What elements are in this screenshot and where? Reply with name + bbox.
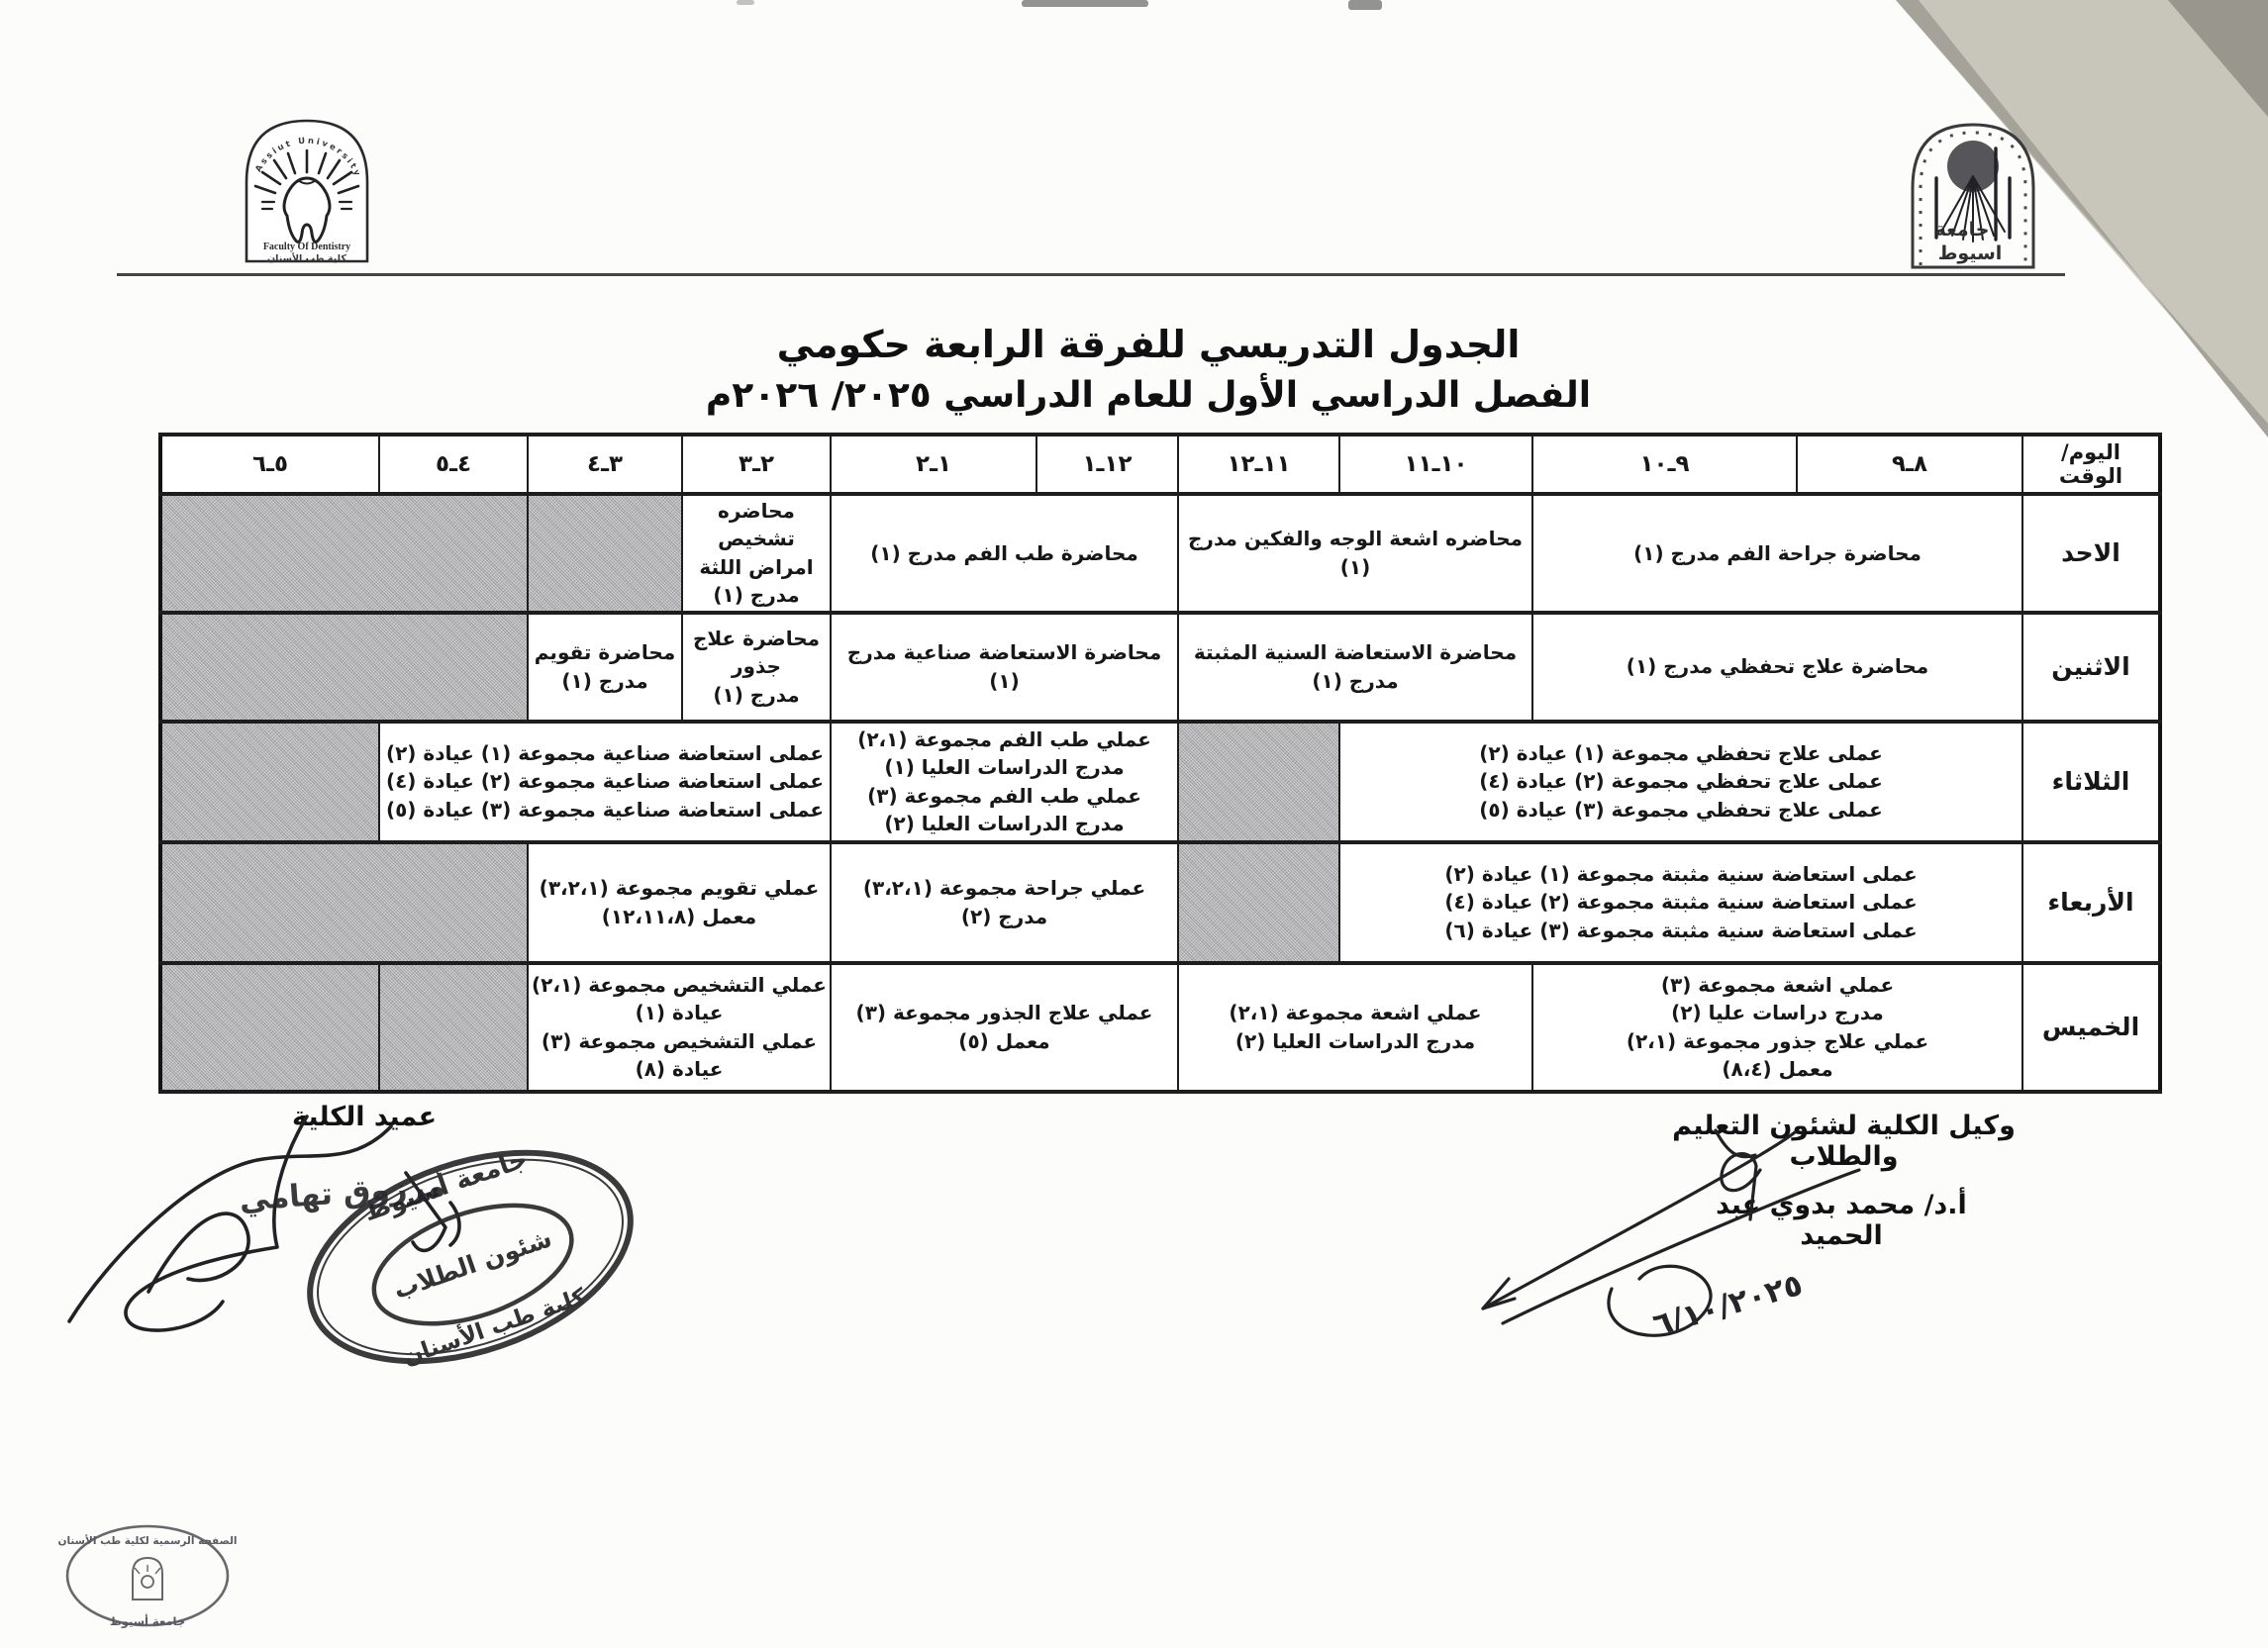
cell-line: مدرج (١) [532, 667, 678, 695]
logo-arabic-name: كلية طب الأسنان [267, 252, 346, 264]
cell-line: عملي اشعة مجموعة (٣) [1536, 971, 2019, 999]
schedule-cell: محاضره تشخيصامراض اللثةمدرج (١) [682, 494, 831, 613]
schedule-cell: محاضرة علاججذورمدرج (١) [682, 613, 831, 722]
schedule-row: الأربعاءعملى استعاضة سنية مثبتة مجموعة (… [160, 842, 2160, 963]
cell-line: محاضرة علاج تحفظي مدرج (١) [1536, 652, 2019, 680]
time-header-9: ٥ـ٦ [160, 435, 379, 494]
cell-line: عملي علاج جذور مجموعة (٢،١) [1536, 1027, 2019, 1055]
schedule-table: اليوم/ الوقت٨ـ٩٩ـ١٠١٠ـ١١١١ـ١٢١٢ـ١١ـ٢٢ـ٣٣… [158, 433, 2162, 1094]
cell-line: عملى استعاضة سنية مثبتة مجموعة (١) عيادة… [1343, 860, 2019, 888]
cell-line: عملي التشخيص مجموعة (٢،١) عيادة (١) [532, 971, 827, 1027]
time-header-2: ١٠ـ١١ [1339, 435, 1532, 494]
logo-arabic-word-1: جامعة [1935, 219, 1990, 241]
time-header-0: ٨ـ٩ [1797, 435, 2022, 494]
schedule-cell-shaded [528, 494, 682, 613]
time-header-row: اليوم/ الوقت٨ـ٩٩ـ١٠١٠ـ١١١١ـ١٢١٢ـ١١ـ٢٢ـ٣٣… [160, 435, 2160, 494]
cell-line: محاضرة الاستعاضة صناعية مدرج (١) [835, 638, 1174, 695]
schedule-cell: عملى علاج تحفظي مجموعة (١) عيادة (٢)عملى… [1339, 722, 2022, 842]
cell-line: مدرج الدراسات العليا (٢) [835, 810, 1174, 837]
cell-line: جذور [686, 652, 827, 680]
schedule-cell: عملى استعاضة سنية مثبتة مجموعة (١) عيادة… [1339, 842, 2022, 963]
schedule-cell: محاضرة جراحة الفم مدرج (١) [1532, 494, 2022, 613]
cell-line: عملي علاج الجذور مجموعة (٣) [835, 999, 1174, 1026]
schedule-cell: عملى استعاضة صناعية مجموعة (١) عيادة (٢)… [379, 722, 831, 842]
time-header-1: ٩ـ١٠ [1532, 435, 1797, 494]
day-label: الأربعاء [2022, 842, 2160, 963]
scan-smudge [737, 0, 754, 5]
schedule-cell: عملي التشخيص مجموعة (٢،١) عيادة (١)عملي … [528, 963, 831, 1092]
cell-line: محاضرة الاستعاضة السنية المثبتة مدرج (١) [1182, 638, 1528, 695]
logo-arabic-word-2: اسيوط [1938, 242, 2003, 264]
time-header-5: ١ـ٢ [831, 435, 1036, 494]
schedule-cell: محاضرة تقويممدرج (١) [528, 613, 682, 722]
scan-smudge [1022, 0, 1148, 7]
page-title: الجدول التدريسي للفرقة الرابعة حكومي الف… [634, 323, 1663, 416]
schedule-cell-shaded [1178, 722, 1339, 842]
schedule-cell-shaded [160, 613, 528, 722]
cell-line: عملي جراحة مجموعة (٣،٢،١) [835, 874, 1174, 902]
time-header-8: ٤ـ٥ [379, 435, 528, 494]
cell-line: عملي التشخيص مجموعة (٣) عيادة (٨) [532, 1027, 827, 1084]
cell-line: عملي تقويم مجموعة (٣،٢،١) [532, 874, 827, 902]
scan-smudge [1348, 0, 1382, 10]
stamp-university-text: جامعة أسيوط [359, 1141, 532, 1227]
day-label: الثلاثاء [2022, 722, 2160, 842]
schedule-cell-shaded [160, 842, 528, 963]
schedule-cell-shaded [379, 963, 528, 1092]
day-label: الاحد [2022, 494, 2160, 613]
cell-line: عملى استعاضة سنية مثبتة مجموعة (٢) عيادة… [1343, 888, 2019, 916]
schedule-cell: محاضرة علاج تحفظي مدرج (١) [1532, 613, 2022, 722]
cell-line: عملى علاج تحفظي مجموعة (٢) عيادة (٤) [1343, 767, 2019, 795]
time-header-7: ٣ـ٤ [528, 435, 682, 494]
time-header-4: ١٢ـ١ [1036, 435, 1178, 494]
schedule-row: الاحدمحاضرة جراحة الفم مدرج (١)محاضره اش… [160, 494, 2160, 613]
time-header-3: ١١ـ١٢ [1178, 435, 1339, 494]
cell-line: مدرج (١) [686, 681, 827, 709]
schedule-cell: عملي اشعة مجموعة (٣)مدرج دراسات عليا (٢)… [1532, 963, 2022, 1092]
logo-english-name: Faculty Of Dentistry [263, 242, 350, 252]
cell-line: محاضرة جراحة الفم مدرج (١) [1536, 539, 2019, 567]
cell-line: مدرج الدراسات العليا (١) [835, 753, 1174, 781]
schedule-cell-shaded [160, 722, 379, 842]
schedule-row: الاثنينمحاضرة علاج تحفظي مدرج (١)محاضرة … [160, 613, 2160, 722]
round-stamp-bottom-text: جامعة أسيوط [110, 1613, 185, 1629]
cell-line: معمل (٨،٤) [1536, 1055, 2019, 1083]
cell-line: عملي اشعة مجموعة (٢،١) [1182, 999, 1528, 1026]
cell-line: مدرج دراسات عليا (٢) [1536, 999, 2019, 1026]
faculty-of-dentistry-logo: Assiut University Faculty Of Dentistry ك… [241, 111, 373, 267]
schedule-cell: عملي اشعة مجموعة (٢،١)مدرج الدراسات العل… [1178, 963, 1532, 1092]
time-header-6: ٢ـ٣ [682, 435, 831, 494]
cell-line: امراض اللثة [686, 553, 827, 581]
schedule-cell-shaded [160, 963, 379, 1092]
schedule-cell: محاضرة الاستعاضة السنية المثبتة مدرج (١) [1178, 613, 1532, 722]
schedule-cell: عملي تقويم مجموعة (٣،٢،١)معمل (١٢،١١،٨) [528, 842, 831, 963]
schedule-cell: عملي طب الفم مجموعة (٢،١)مدرج الدراسات ا… [831, 722, 1178, 842]
cell-line: محاضرة علاج [686, 625, 827, 652]
vice-dean-signature [1463, 1101, 1909, 1398]
schedule-cell: محاضره اشعة الوجه والفكين مدرج (١) [1178, 494, 1532, 613]
schedule-cell: عملي علاج الجذور مجموعة (٣)معمل (٥) [831, 963, 1178, 1092]
schedule-cell: عملي جراحة مجموعة (٣،٢،١)مدرج (٢) [831, 842, 1178, 963]
cell-line: محاضرة طب الفم مدرج (١) [835, 539, 1174, 567]
cell-line: مدرج الدراسات العليا (٢) [1182, 1027, 1528, 1055]
cell-line: معمل (٥) [835, 1027, 1174, 1055]
cell-line: مدرج (٢) [835, 903, 1174, 930]
scanned-timetable-page: Assiut University Faculty Of Dentistry ك… [0, 0, 2268, 1648]
cell-line: محاضرة تقويم [532, 638, 678, 666]
round-stamp-top-text: الصفحة الرسمية لكلية طب الأسنان [57, 1534, 237, 1547]
schedule-cell: محاضرة الاستعاضة صناعية مدرج (١) [831, 613, 1178, 722]
header-divider-line [117, 273, 2065, 276]
cell-line: عملى علاج تحفظي مجموعة (١) عيادة (٢) [1343, 739, 2019, 767]
title-line-2: الفصل الدراسي الأول للعام الدراسي ٢٠٢٥/ … [634, 375, 1663, 416]
cell-line: عملى استعاضة صناعية مجموعة (٢) عيادة (٤) [383, 767, 827, 795]
cell-line: عملي طب الفم مجموعة (٣) [835, 782, 1174, 810]
schedule-cell-shaded [1178, 842, 1339, 963]
cell-line: عملى استعاضة صناعية مجموعة (١) عيادة (٢) [383, 739, 827, 767]
cell-line: معمل (١٢،١١،٨) [532, 903, 827, 930]
cell-line: عملى استعاضة سنية مثبتة مجموعة (٣) عيادة… [1343, 917, 2019, 944]
title-line-1: الجدول التدريسي للفرقة الرابعة حكومي [634, 323, 1663, 366]
schedule-cell: محاضرة طب الفم مدرج (١) [831, 494, 1178, 613]
cell-line: مدرج (١) [686, 581, 827, 609]
official-page-round-stamp: الصفحة الرسمية لكلية طب الأسنان جامعة أس… [55, 1518, 244, 1642]
cell-line: عملى علاج تحفظي مجموعة (٣) عيادة (٥) [1343, 796, 2019, 824]
schedule-cell-shaded [160, 494, 528, 613]
student-affairs-stamp: جامعة أسيوط شئون الطلاب كلية طب الأسنان [277, 1128, 673, 1386]
cell-line: محاضره تشخيص [686, 497, 827, 553]
corner-day-time-label: اليوم/ الوقت [2022, 435, 2160, 494]
schedule-row: الخميسعملي اشعة مجموعة (٣)مدرج دراسات عل… [160, 963, 2160, 1092]
schedule-row: الثلاثاءعملى علاج تحفظي مجموعة (١) عيادة… [160, 722, 2160, 842]
assiut-university-logo: جامعة اسيوط [1907, 115, 2039, 273]
cell-line: عملى استعاضة صناعية مجموعة (٣) عيادة (٥) [383, 796, 827, 824]
cell-line: عملي طب الفم مجموعة (٢،١) [835, 726, 1174, 753]
day-label: الاثنين [2022, 613, 2160, 722]
cell-line: محاضره اشعة الوجه والفكين مدرج (١) [1182, 525, 1528, 581]
day-label: الخميس [2022, 963, 2160, 1092]
round-stamp-mini-logo [133, 1558, 162, 1600]
